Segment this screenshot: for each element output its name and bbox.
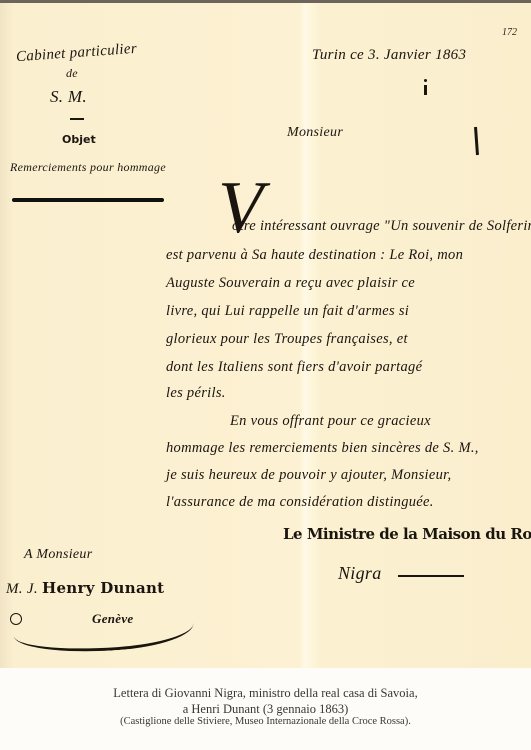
- object-value: Remerciements pour hommage: [10, 160, 166, 175]
- caption-title: Lettera di Giovanni Nigra, ministro dell…: [0, 685, 531, 717]
- body-line: livre, qui Lui rappelle un fait d'armes …: [166, 303, 409, 320]
- closing-title: Le Ministre de la Maison du Roi: [283, 525, 531, 543]
- letterhead-divider: [70, 118, 84, 120]
- address-line-1: A Monsieur: [24, 547, 92, 563]
- letter-scan: 172 Cabinet particulier de S. M. Objet R…: [0, 3, 531, 668]
- address-line-2: M. J. Henry Dunant: [6, 579, 164, 598]
- caption-line-1: Lettera di Giovanni Nigra, ministro dell…: [113, 686, 417, 700]
- letterhead-rule: [12, 198, 164, 202]
- body-line: je suis heureux de pouvoir y ajouter, Mo…: [166, 467, 451, 484]
- address-prefix: M. J.: [6, 581, 38, 597]
- body-line: otre intéressant ouvrage "Un souvenir de…: [232, 218, 531, 235]
- letterhead-sm: S. M.: [50, 87, 87, 107]
- body-line: l'assurance de ma considération distingu…: [166, 494, 434, 511]
- body-line: les périls.: [166, 385, 226, 402]
- ink-mark: [424, 85, 427, 95]
- body-line: Auguste Souverain a reçu avec plaisir ce: [166, 275, 415, 292]
- letterhead-cabinet: Cabinet particulier: [16, 41, 138, 66]
- page-number: 172: [502, 27, 517, 38]
- body-line: dont les Italiens sont fiers d'avoir par…: [166, 359, 422, 376]
- caption-source: (Castiglione delle Stiviere, Museo Inter…: [0, 716, 531, 727]
- flourish-circle: [10, 613, 22, 625]
- body-line: est parvenu à Sa haute destination : Le …: [166, 247, 463, 264]
- recipient-name: Henry Dunant: [42, 579, 164, 597]
- signature: Nigra: [338, 563, 382, 584]
- date-line: Turin ce 3. Janvier 1863: [312, 47, 466, 64]
- address-flourish: [13, 615, 195, 657]
- letterhead-de: de: [66, 66, 78, 81]
- body-line: hommage les remerciements bien sincères …: [166, 440, 479, 457]
- body-line: glorieux pour les Troupes françaises, et: [166, 331, 408, 348]
- body-line: En vous offrant pour ce gracieux: [230, 413, 431, 430]
- figure-caption: Lettera di Giovanni Nigra, ministro dell…: [0, 668, 531, 750]
- salutation: Monsieur: [287, 125, 343, 141]
- ink-stroke: [474, 127, 479, 155]
- caption-line-2: a Henri Dunant (3 gennaio 1863): [183, 702, 349, 716]
- signature-flourish: [398, 575, 464, 577]
- object-label: Objet: [62, 133, 96, 146]
